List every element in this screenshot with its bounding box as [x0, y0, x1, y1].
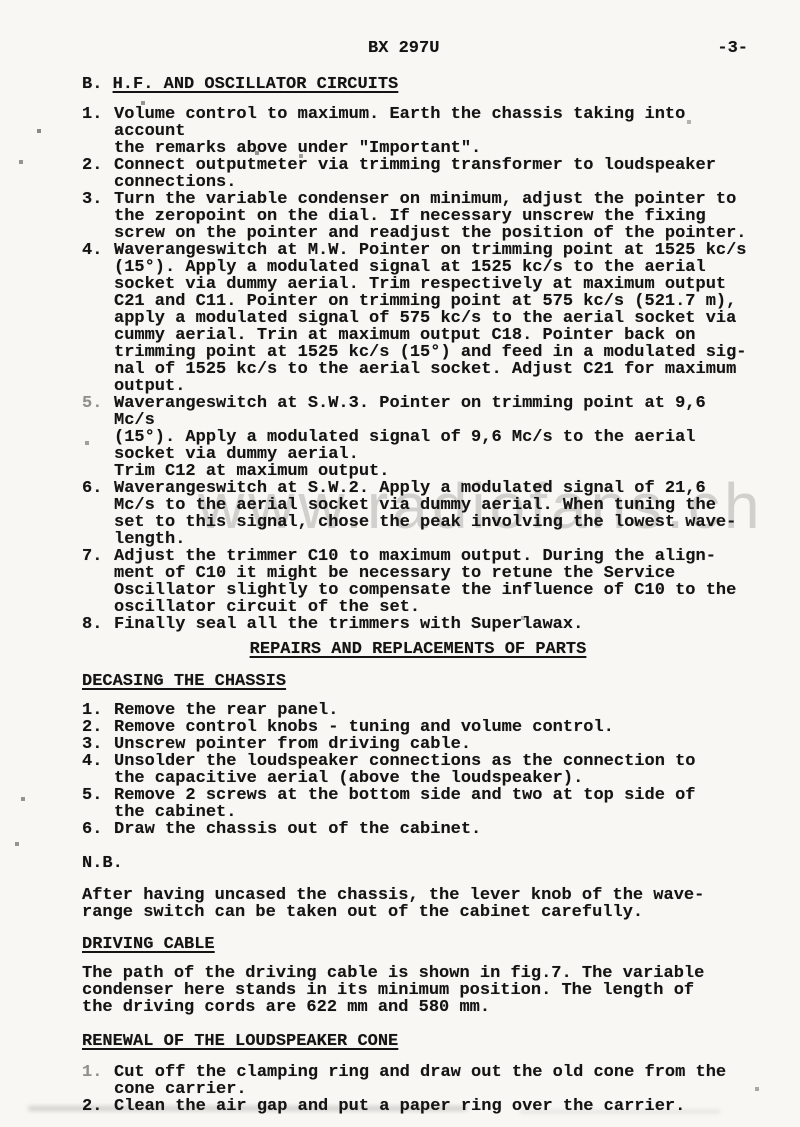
list-item: 1. Cut off the clamping ring and draw ou…	[82, 1064, 754, 1098]
list-item: 8. Finally seal all the trimmers with Su…	[82, 616, 754, 633]
list-item: 1. Remove the rear panel.	[82, 702, 754, 719]
nb-label: N.B.	[82, 855, 754, 872]
item-number: 1.	[82, 106, 114, 157]
document-title: BX 297U	[368, 40, 439, 57]
section-title: RENEWAL OF THE LOUDSPEAKER CONE	[82, 1032, 398, 1051]
driving-cable-paragraph: The path of the driving cable is shown i…	[82, 965, 754, 1016]
item-text: Unscrew pointer from driving cable.	[114, 736, 471, 753]
section-title: DECASING THE CHASSIS	[82, 672, 286, 691]
list-item: 2. Connect outputmeter via trimming tran…	[82, 157, 754, 191]
list-item: 4. Waverangeswitch at M.W. Pointer on tr…	[82, 242, 754, 395]
section-heading-driving-cable: DRIVING CABLE	[82, 936, 754, 953]
item-number: 5.	[82, 395, 114, 480]
item-text: Turn the variable condenser on minimum, …	[114, 191, 747, 242]
list-item: 5. Waverangeswitch at S.W.3. Pointer on …	[82, 395, 754, 480]
section-letter: B.	[82, 75, 102, 94]
item-number: 1.	[82, 702, 114, 719]
list-item: 3. Turn the variable condenser on minimu…	[82, 191, 754, 242]
page-header: BX 297U -3-	[0, 40, 800, 58]
section-heading-decasing: DECASING THE CHASSIS	[82, 673, 754, 690]
hf-procedure-list: 1. Volume control to maximum. Earth the …	[82, 106, 754, 633]
document-page: www.radiofans.ch BX 297U -3- B. H.F. AND…	[0, 0, 800, 1127]
item-number: 2.	[82, 1098, 114, 1115]
item-text: Draw the chassis out of the cabinet.	[114, 821, 481, 838]
item-number: 6.	[82, 480, 114, 548]
item-number: 1.	[82, 1064, 114, 1098]
list-item: 7. Adjust the trimmer C10 to maximum out…	[82, 548, 754, 616]
document-body: B. H.F. AND OSCILLATOR CIRCUITS 1. Volum…	[82, 70, 754, 1115]
item-number: 5.	[82, 787, 114, 821]
list-item: 1. Volume control to maximum. Earth the …	[82, 106, 754, 157]
list-item: 3. Unscrew pointer from driving cable.	[82, 736, 754, 753]
item-number: 3.	[82, 191, 114, 242]
section-heading-hf-oscillator: B. H.F. AND OSCILLATOR CIRCUITS	[82, 76, 754, 93]
list-item: 2. Clean the air gap and put a paper rin…	[82, 1098, 754, 1115]
item-text: Volume control to maximum. Earth the cha…	[114, 106, 754, 157]
item-text: Remove control knobs - tuning and volume…	[114, 719, 614, 736]
item-text: Waverangeswitch at M.W. Pointer on trimm…	[114, 242, 747, 395]
item-text: Adjust the trimmer C10 to maximum output…	[114, 548, 736, 616]
item-number: 4.	[82, 242, 114, 395]
list-item: 6. Draw the chassis out of the cabinet.	[82, 821, 754, 838]
section-title: H.F. AND OSCILLATOR CIRCUITS	[113, 75, 399, 94]
item-number: 3.	[82, 736, 114, 753]
item-text: Cut off the clamping ring and draw out t…	[114, 1064, 726, 1098]
decasing-step-list: 1. Remove the rear panel. 2. Remove cont…	[82, 702, 754, 838]
item-text: Remove the rear panel.	[114, 702, 338, 719]
item-text: Finally seal all the trimmers with Super…	[114, 616, 583, 633]
renewal-step-list: 1. Cut off the clamping ring and draw ou…	[82, 1064, 754, 1115]
item-number: 7.	[82, 548, 114, 616]
section-title: REPAIRS AND REPLACEMENTS OF PARTS	[250, 640, 587, 659]
item-text: Unsolder the loudspeaker connections as …	[114, 753, 696, 787]
item-number: 2.	[82, 157, 114, 191]
item-text: Connect outputmeter via trimming transfo…	[114, 157, 716, 191]
nb-paragraph: After having uncased the chassis, the le…	[82, 887, 754, 921]
scan-specks	[0, 0, 2, 2]
section-heading-repairs: REPAIRS AND REPLACEMENTS OF PARTS	[82, 641, 754, 658]
item-number: 2.	[82, 719, 114, 736]
item-text: Remove 2 screws at the bottom side and t…	[114, 787, 696, 821]
item-text: Clean the air gap and put a paper ring o…	[114, 1098, 685, 1115]
list-item: 6. Waverangeswitch at S.W.2. Apply a mod…	[82, 480, 754, 548]
item-number: 4.	[82, 753, 114, 787]
section-title: DRIVING CABLE	[82, 935, 215, 954]
list-item: 4. Unsolder the loudspeaker connections …	[82, 753, 754, 787]
item-text: Waverangeswitch at S.W.3. Pointer on tri…	[114, 395, 754, 480]
list-item: 5. Remove 2 screws at the bottom side an…	[82, 787, 754, 821]
item-text: Waverangeswitch at S.W.2. Apply a modula…	[114, 480, 736, 548]
list-item: 2. Remove control knobs - tuning and vol…	[82, 719, 754, 736]
item-number: 8.	[82, 616, 114, 633]
section-heading-renewal: RENEWAL OF THE LOUDSPEAKER CONE	[82, 1033, 754, 1050]
page-number: -3-	[717, 40, 748, 57]
item-number: 6.	[82, 821, 114, 838]
